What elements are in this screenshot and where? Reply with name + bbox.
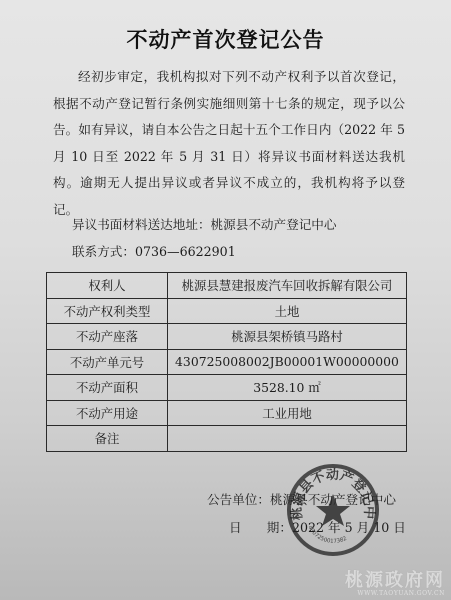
table-value: 土地 [168, 298, 407, 324]
table-label: 不动产权利类型 [47, 298, 168, 324]
official-seal: 桃源县不动产登记中心 4307250017382 [287, 464, 379, 556]
table-label: 不动产用途 [47, 400, 168, 426]
table-row-right-holder: 权利人 桃源县慧建报废汽车回收拆解有限公司 [47, 273, 407, 299]
table-value: 桃源县慧建报废汽车回收拆解有限公司 [168, 273, 407, 299]
table-label: 权利人 [47, 273, 168, 299]
seal-graphic: 桃源县不动产登记中心 4307250017382 [287, 464, 379, 556]
table-value: 工业用地 [168, 400, 407, 426]
table-row-remarks: 备注 [47, 426, 407, 452]
watermark-url: WWW.TAOYUAN.GOV.CN [345, 590, 445, 597]
objection-address-line: 异议书面材料送达地址：桃源县不动产登记中心 [72, 214, 336, 233]
table-row-unit-number: 不动产单元号 430725008002JB00001W00000000 [47, 349, 407, 375]
table-value: 桃源县架桥镇马路村 [168, 324, 407, 350]
table-label: 备注 [47, 426, 168, 452]
page-title: 不动产首次登记公告 [0, 24, 451, 54]
table-label: 不动产面积 [47, 375, 168, 401]
seal-serial: 4307250017382 [306, 525, 348, 545]
contact-line: 联系方式：0736—6622901 [72, 241, 236, 260]
body-paragraph: 经初步审定，我机构拟对下列不动产权利予以首次登记，根据不动产登记暂行条例实施细则… [53, 64, 405, 223]
table-value: 430725008002JB00001W00000000 [168, 349, 407, 375]
table-row-location: 不动产座落 桃源县架桥镇马路村 [47, 324, 407, 350]
table-row-area: 不动产面积 3528.10 ㎡ [47, 375, 407, 401]
property-info-table: 权利人 桃源县慧建报废汽车回收拆解有限公司 不动产权利类型 土地 不动产座落 桃… [46, 272, 407, 452]
announcement-body: 经初步审定，我机构拟对下列不动产权利予以首次登记，根据不动产登记暂行条例实施细则… [53, 64, 405, 223]
issuing-unit-label: 公告单位： [207, 492, 270, 507]
table-value [168, 426, 407, 452]
watermark-site-name: 桃源政府网 [345, 566, 445, 592]
objection-address-value: 桃源县不动产登记中心 [211, 217, 337, 232]
table-value: 3528.10 ㎡ [168, 375, 407, 401]
table-row-right-type: 不动产权利类型 土地 [47, 298, 407, 324]
issue-date-label: 日 期： [229, 520, 292, 535]
site-watermark: 桃源政府网 WWW.TAOYUAN.GOV.CN [345, 566, 445, 597]
star-icon [316, 494, 350, 526]
table-label: 不动产座落 [47, 324, 168, 350]
contact-label: 联系方式： [72, 244, 135, 259]
contact-phone: 0736—6622901 [135, 244, 236, 259]
table-label: 不动产单元号 [47, 349, 168, 375]
objection-address-label: 异议书面材料送达地址： [72, 217, 211, 232]
announcement-page: 不动产首次登记公告 经初步审定，我机构拟对下列不动产权利予以首次登记，根据不动产… [0, 0, 451, 600]
table-row-usage: 不动产用途 工业用地 [47, 400, 407, 426]
